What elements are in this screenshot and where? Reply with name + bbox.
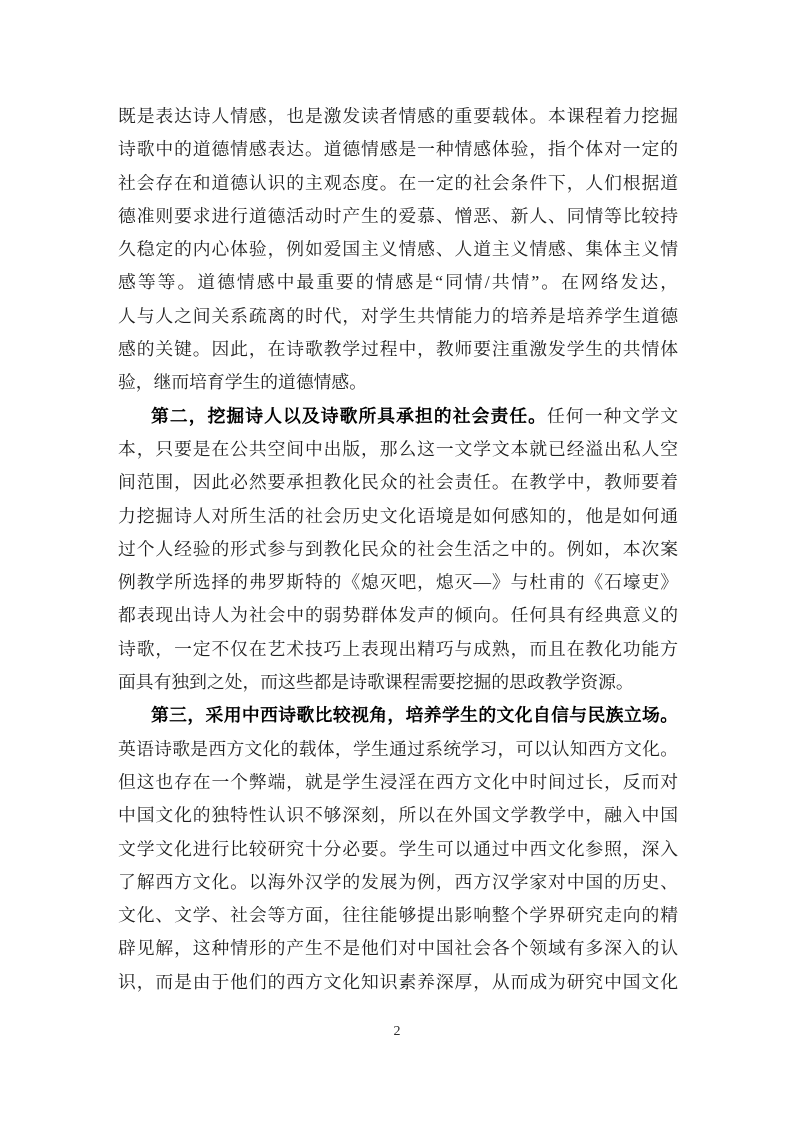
paragraph-comparative-perspective: 第三，采用中西诗歌比较视角，培养学生的文化自信与民族立场。英语诗歌是西方文化的载… bbox=[118, 699, 678, 999]
text-line: 都表现出诗人为社会中的弱势群体发声的倾向。任何具有经典意义的 bbox=[118, 599, 678, 632]
text-line: 诗歌中的道德情感表达。道德情感是一种情感体验，指个体对一定的 bbox=[118, 133, 678, 166]
document-body: 既是表达诗人情感，也是激发读者情感的重要载体。本课程着力挖掘诗歌中的道德情感表达… bbox=[118, 100, 678, 999]
paragraph-heading: 第三，采用中西诗歌比较视角，培养学生的文化自信与民族立场。 bbox=[151, 705, 678, 725]
text-line-with-heading: 第二，挖掘诗人以及诗歌所具承担的社会责任。任何一种文学文 bbox=[118, 400, 678, 433]
text-line: 了解西方文化。以海外汉学的发展为例，西方汉学家对中国的历史、 bbox=[118, 866, 678, 899]
text-line: 但这也存在一个弊端，就是学生浸淫在西方文化中时间过长，反而对 bbox=[118, 766, 678, 799]
text-line: 辟见解，这种情形的产生不是他们对中国社会各个领域有多深入的认 bbox=[118, 932, 678, 965]
page-number: 2 bbox=[0, 1021, 794, 1043]
text-line: 德准则要求进行道德活动时产生的爱慕、憎恶、新人、同情等比较持 bbox=[118, 200, 678, 233]
text-line: 过个人经验的形式参与到教化民众的社会生活之中的。例如，本次案 bbox=[118, 533, 678, 566]
document-page: 既是表达诗人情感，也是激发读者情感的重要载体。本课程着力挖掘诗歌中的道德情感表达… bbox=[0, 0, 794, 1123]
text-line: 诗歌，一定不仅在艺术技巧上表现出精巧与成熟，而且在教化功能方 bbox=[118, 633, 678, 666]
text-line: 久稳定的内心体验，例如爱国主义情感、人道主义情感、集体主义情 bbox=[118, 233, 678, 266]
text-line: 例教学所选择的弗罗斯特的《熄灭吧，熄灭—》与杜甫的《石壕吏》 bbox=[118, 566, 678, 599]
text-line: 验，继而培育学生的道德情感。 bbox=[118, 366, 678, 399]
text-line: 社会存在和道德认识的主观态度。在一定的社会条件下，人们根据道 bbox=[118, 167, 678, 200]
text-line-with-heading: 第三，采用中西诗歌比较视角，培养学生的文化自信与民族立场。 bbox=[118, 699, 678, 732]
text-line: 文化、文学、社会等方面，往往能够提出影响整个学界研究走向的精 bbox=[118, 899, 678, 932]
text-line: 感等等。道德情感中最重要的情感是“同情/共情”。在网络发达， bbox=[118, 266, 678, 299]
text-line: 人与人之间关系疏离的时代，对学生共情能力的培养是培养学生道德 bbox=[118, 300, 678, 333]
text-line: 识，而是由于他们的西方文化知识素养深厚，从而成为研究中国文化 bbox=[118, 966, 678, 999]
text-line: 间范围，因此必然要承担教化民众的社会责任。在教学中，教师要着 bbox=[118, 466, 678, 499]
text-line: 本，只要是在公共空间中出版，那么这一文学文本就已经溢出私人空 bbox=[118, 433, 678, 466]
text-line: 中国文化的独特性认识不够深刻，所以在外国文学教学中，融入中国 bbox=[118, 799, 678, 832]
text-line: 英语诗歌是西方文化的载体，学生通过系统学习，可以认知西方文化。 bbox=[118, 733, 678, 766]
paragraph-social-responsibility: 第二，挖掘诗人以及诗歌所具承担的社会责任。任何一种文学文本，只要是在公共空间中出… bbox=[118, 400, 678, 700]
text-line: 面具有独到之处，而这些都是诗歌课程需要挖掘的思政教学资源。 bbox=[118, 666, 678, 699]
paragraph-heading: 第二，挖掘诗人以及诗歌所具承担的社会责任。 bbox=[151, 406, 547, 426]
text-line: 力挖掘诗人对所生活的社会历史文化语境是如何感知的，他是如何通 bbox=[118, 500, 678, 533]
paragraph-moral-emotion: 既是表达诗人情感，也是激发读者情感的重要载体。本课程着力挖掘诗歌中的道德情感表达… bbox=[118, 100, 678, 400]
text-line: 文学文化进行比较研究十分必要。学生可以通过中西文化参照，深入 bbox=[118, 833, 678, 866]
text-line: 既是表达诗人情感，也是激发读者情感的重要载体。本课程着力挖掘 bbox=[118, 100, 678, 133]
text-line: 感的关键。因此，在诗歌教学过程中，教师要注重激发学生的共情体 bbox=[118, 333, 678, 366]
